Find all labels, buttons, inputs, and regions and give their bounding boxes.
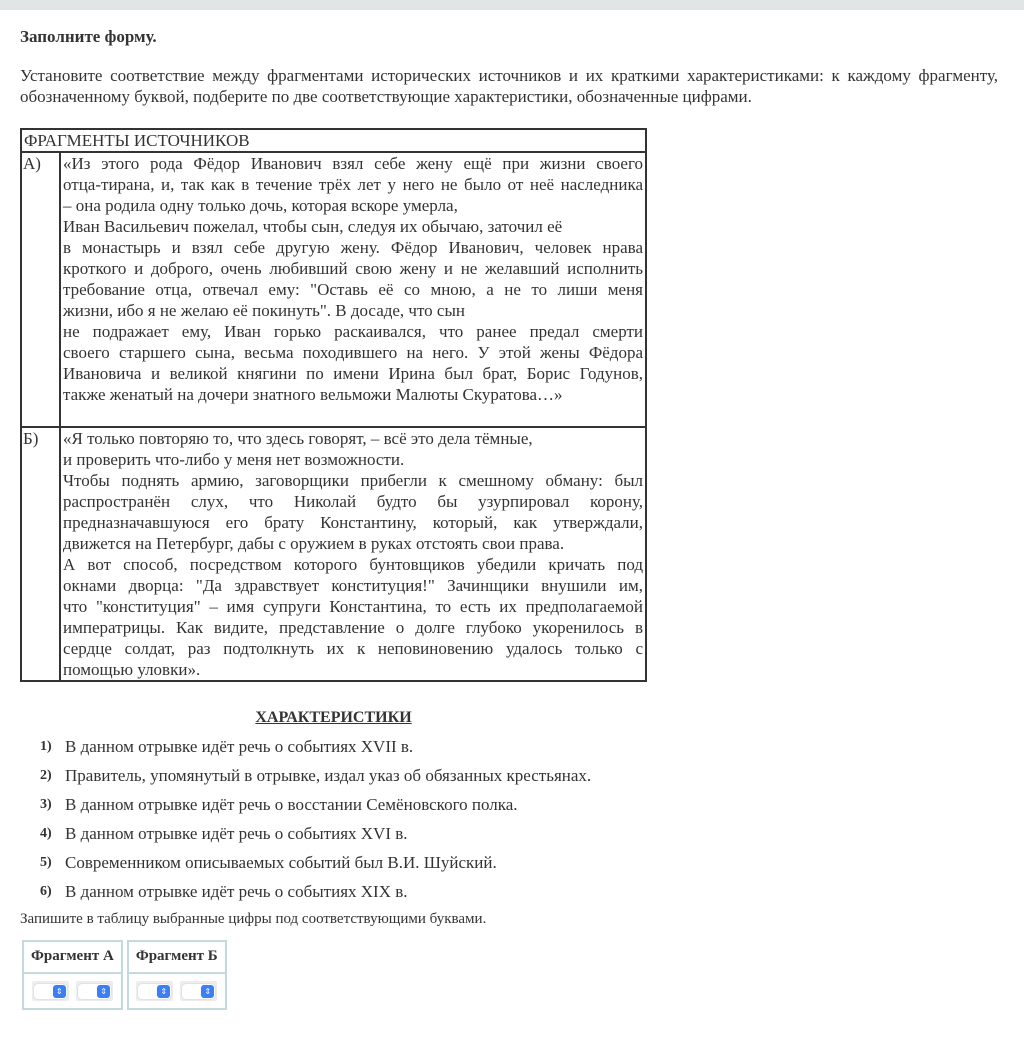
- updown-chevron-icon: ⇕: [53, 985, 66, 998]
- item-number: 2): [40, 765, 65, 794]
- text-line: Иван Васильевич пожелал, чтобы сын, след…: [63, 216, 643, 237]
- fragment-letter: А): [21, 152, 60, 427]
- characteristics-list: 1)В данном отрывке идёт речь о событиях …: [40, 736, 591, 910]
- task-instruction: Установите соответствие между фрагментам…: [20, 65, 998, 107]
- text-line: – она родила одну только дочь, которая в…: [63, 195, 643, 216]
- text-line: «Из этого рода Фёдор Иванович взял себе …: [63, 153, 643, 174]
- text-line: императрицы. Как видите, представление о…: [63, 617, 643, 638]
- fragment-text-b: «Я только повторяю то, что здесь говорят…: [60, 427, 646, 681]
- item-text: В данном отрывке идёт речь о событиях XI…: [65, 881, 408, 910]
- item-text: В данном отрывке идёт речь о событиях XV…: [65, 823, 408, 852]
- fragment-a-select-1[interactable]: ⇕: [32, 981, 69, 1001]
- text-line: распространён слух, что Николай будто бы…: [63, 491, 643, 512]
- text-line: также женатый на дочери знатного вельмож…: [63, 384, 643, 405]
- text-line: требование отца, отвечал ему: "Оставь её…: [63, 279, 643, 300]
- text-line: в монастырь и взял себе другую жену. Фёд…: [63, 237, 643, 258]
- text-line: и проверить что-либо у меня нет возможно…: [63, 449, 643, 470]
- text-line: жизни, ибо я не желаю её покинуть". В до…: [63, 300, 643, 321]
- fragment-row-b: Б) «Я только повторяю то, что здесь гово…: [21, 427, 646, 681]
- item-number: 5): [40, 852, 65, 881]
- text-line: не подражает ему, Иван горько раскаивалс…: [63, 321, 643, 342]
- item-number: 4): [40, 823, 65, 852]
- text-line: сердце солдат, раз подтолкнуть их к непо…: [63, 638, 643, 659]
- answer-column-b-label: Фрагмент Б: [128, 941, 226, 973]
- text-line: Ивановича и великой княгини по имени Ири…: [63, 363, 643, 384]
- answer-table-a: Фрагмент А ⇕ ⇕: [22, 940, 123, 1010]
- characteristic-item: 1)В данном отрывке идёт речь о событиях …: [40, 736, 591, 765]
- answer-instruction: Запишите в таблицу выбранные цифры под с…: [20, 911, 486, 928]
- fragment-a-select-2[interactable]: ⇕: [76, 981, 113, 1001]
- form-heading: Заполните форму.: [20, 27, 157, 47]
- text-line: предназначавшуюся его брату Константину,…: [63, 512, 643, 533]
- updown-chevron-icon: ⇕: [97, 985, 110, 998]
- text-line: «Я только повторяю то, что здесь говорят…: [63, 428, 643, 449]
- answer-table-b: Фрагмент Б ⇕ ⇕: [127, 940, 227, 1010]
- text-line: А вот способ, посредством которого бунто…: [63, 554, 643, 575]
- characteristic-item: 4)В данном отрывке идёт речь о событиях …: [40, 823, 591, 852]
- text-line: кроткого и доброго, очень любивший свою …: [63, 258, 643, 279]
- updown-chevron-icon: ⇕: [157, 985, 170, 998]
- item-text: Современником описываемых событий был В.…: [65, 852, 497, 881]
- fragment-b-select-2[interactable]: ⇕: [180, 981, 217, 1001]
- characteristic-item: 5)Современником описываемых событий был …: [40, 852, 591, 881]
- text-line: окнами дворца: "Да здравствует конституц…: [63, 575, 643, 596]
- answer-column-a-label: Фрагмент А: [23, 941, 122, 973]
- characteristic-item: 6)В данном отрывке идёт речь о событиях …: [40, 881, 591, 910]
- characteristic-item: 3)В данном отрывке идёт речь о восстании…: [40, 794, 591, 823]
- item-text: В данном отрывке идёт речь о событиях XV…: [65, 736, 413, 765]
- text-line: движется на Петербург, дабы с оружием в …: [63, 533, 643, 554]
- fragment-text-a: «Из этого рода Фёдор Иванович взял себе …: [60, 152, 646, 427]
- text-line: помощью уловки».: [63, 659, 643, 680]
- item-number: 6): [40, 881, 65, 910]
- item-text: В данном отрывке идёт речь о восстании С…: [65, 794, 518, 823]
- fragment-b-select-1[interactable]: ⇕: [136, 981, 173, 1001]
- fragments-header: ФРАГМЕНТЫ ИСТОЧНИКОВ: [21, 129, 646, 152]
- text-line: своего старшего сына, весьма походившего…: [63, 342, 643, 363]
- fragments-table: ФРАГМЕНТЫ ИСТОЧНИКОВ А) «Из этого рода Ф…: [20, 128, 647, 682]
- text-line: что "конституция" – имя супруги Констант…: [63, 596, 643, 617]
- fragment-letter: Б): [21, 427, 60, 681]
- text-line: Чтобы поднять армию, заговорщики прибегл…: [63, 470, 643, 491]
- characteristic-item: 2)Правитель, упомянутый в отрывке, издал…: [40, 765, 591, 794]
- text-line: отца-тирана, и, так как в течение трёх л…: [63, 174, 643, 195]
- item-number: 3): [40, 794, 65, 823]
- updown-chevron-icon: ⇕: [201, 985, 214, 998]
- answer-tables: Фрагмент А ⇕ ⇕ Фрагмент Б ⇕ ⇕: [22, 940, 227, 1010]
- top-bar: [0, 0, 1024, 10]
- fragment-row-a: А) «Из этого рода Фёдор Иванович взял се…: [21, 152, 646, 427]
- item-text: Правитель, упомянутый в отрывке, издал у…: [65, 765, 591, 794]
- characteristics-title: ХАРАКТЕРИСТИКИ: [20, 709, 647, 727]
- item-number: 1): [40, 736, 65, 765]
